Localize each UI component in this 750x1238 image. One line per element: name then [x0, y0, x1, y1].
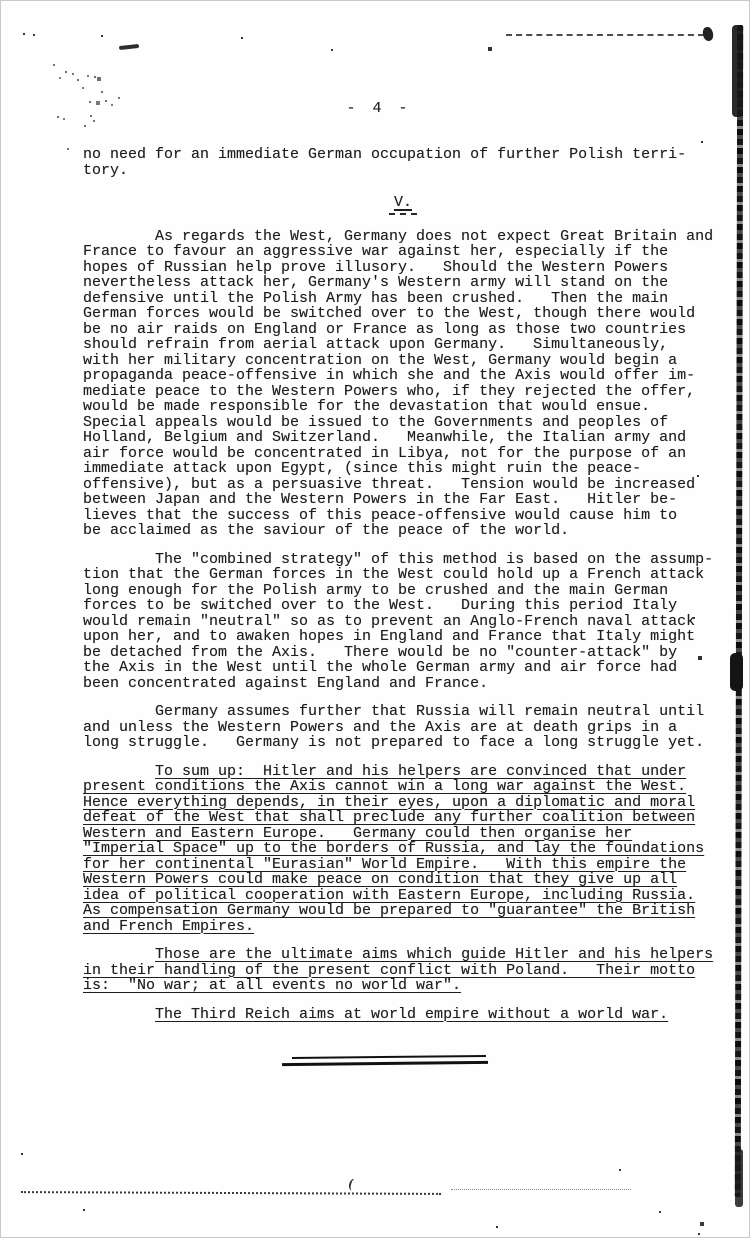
text-line: As compensation Germany would be prepare… — [83, 903, 723, 919]
bottom-pen-mark — [348, 1178, 361, 1192]
text-line: with her military concentration on the W… — [83, 353, 723, 369]
text-line: France to favour an aggressive war again… — [83, 244, 723, 260]
top-ink-smudge — [119, 44, 139, 50]
text-line: Western Powers could make peace on condi… — [83, 872, 723, 888]
text-line: be no air raids on England or France as … — [83, 322, 723, 338]
bottom-dotted-scan-line — [21, 1191, 441, 1195]
text-line: upon her, and to awaken hopes in England… — [83, 629, 723, 645]
stray-scan-specks — [1, 1, 3, 3]
text-line: German forces would be switched over to … — [83, 306, 723, 322]
text-line: defensive until the Polish Army has been… — [83, 291, 723, 307]
end-of-section-double-rule — [282, 1055, 488, 1066]
text-line: hopes of Russian help prove illusory. Sh… — [83, 260, 723, 276]
text-line: be acclaimed as the saviour of the peace… — [83, 523, 723, 539]
text-line: the Axis in the West until the whole Ger… — [83, 660, 723, 676]
text-line: present conditions the Axis cannot win a… — [83, 779, 723, 795]
text-line: offensive), but as a persuasive threat. … — [83, 477, 723, 493]
scan-edge-blob-bottom — [735, 1149, 743, 1207]
text-line: no need for an immediate German occupati… — [83, 147, 723, 163]
text-line: idea of political cooperation with Easte… — [83, 888, 723, 904]
paragraph-4: Germany assumes further that Russia will… — [83, 704, 723, 751]
text-line: be detached from the Axis. There would b… — [83, 645, 723, 661]
page-number: - 4 - — [71, 100, 687, 117]
scanned-document-page: - 4 - no need for an immediate German oc… — [0, 0, 750, 1238]
text-line: for her continental "Eurasian" World Emp… — [83, 857, 723, 873]
text-line: air force would be concentrated in Libya… — [83, 446, 723, 462]
text-line: Holland, Belgium and Switzerland. Meanwh… — [83, 430, 723, 446]
document-body: no need for an immediate German occupati… — [83, 147, 723, 1035]
text-line: To sum up: Hitler and his helpers are co… — [83, 764, 723, 780]
text-line: Germany assumes further that Russia will… — [83, 704, 723, 720]
text-line: immediate attack upon Egypt, (since this… — [83, 461, 723, 477]
text-line: would be made responsible for the devast… — [83, 399, 723, 415]
rule-line-top — [292, 1055, 486, 1059]
text-line: long struggle. Germany is not prepared t… — [83, 735, 723, 751]
bottom-dotted-scan-line-faint — [451, 1189, 631, 1190]
text-line: and unless the Western Powers and the Ax… — [83, 720, 723, 736]
text-line: "Imperial Space" up to the borders of Ru… — [83, 841, 723, 857]
section-heading-v: V. — [83, 195, 723, 215]
paragraph-2: As regards the West, Germany does not ex… — [83, 229, 723, 539]
paragraph-5-summary: To sum up: Hitler and his helpers are co… — [83, 764, 723, 935]
scan-edge-blob-middle — [730, 653, 743, 691]
scan-edge-ink-streak — [735, 25, 743, 1197]
paragraph-7-motto: The Third Reich aims at world empire wit… — [83, 1007, 723, 1023]
text-line: and French Empires. — [83, 919, 723, 935]
paragraph-6-conclusion: Those are the ultimate aims which guide … — [83, 947, 723, 994]
text-line: mediate peace to the Western Powers who,… — [83, 384, 723, 400]
text-line: The "combined strategy" of this method i… — [83, 552, 723, 568]
text-line: The Third Reich aims at world empire wit… — [83, 1007, 723, 1023]
text-line: lieves that the success of this peace-of… — [83, 508, 723, 524]
heading-underline-dash — [389, 213, 417, 215]
text-line: Those are the ultimate aims which guide … — [83, 947, 723, 963]
text-line: Hence everything depends, in their eyes,… — [83, 795, 723, 811]
text-line: defeat of the West that shall preclude a… — [83, 810, 723, 826]
text-line: tion that the German forces in the West … — [83, 567, 723, 583]
text-line: long enough for the Polish army to be cr… — [83, 583, 723, 599]
text-line: forces to be switched over to the West. … — [83, 598, 723, 614]
text-line: As regards the West, Germany does not ex… — [83, 229, 723, 245]
text-line: propaganda peace-offensive in which she … — [83, 368, 723, 384]
rule-line-bottom — [282, 1061, 488, 1066]
paragraph-3: The "combined strategy" of this method i… — [83, 552, 723, 692]
text-line: is: "No war; at all events no world war"… — [83, 978, 723, 994]
text-line: in their handling of the present conflic… — [83, 963, 723, 979]
top-ink-blob — [702, 26, 715, 42]
top-dashed-scan-line — [506, 34, 704, 36]
text-line: Western and Eastern Europe. Germany coul… — [83, 826, 723, 842]
text-line: been concentrated against England and Fr… — [83, 676, 723, 692]
text-line: nevertheless attack her, Germany's Weste… — [83, 275, 723, 291]
text-line: between Japan and the Western Powers in … — [83, 492, 723, 508]
text-line: Special appeals would be issued to the G… — [83, 415, 723, 431]
scan-edge-blob-top — [732, 25, 743, 117]
paragraph-1: no need for an immediate German occupati… — [83, 147, 723, 178]
text-line: would remain "neutral" so as to prevent … — [83, 614, 723, 630]
section-heading-text: V. — [394, 194, 412, 211]
text-line: should refrain from aerial attack upon G… — [83, 337, 723, 353]
text-line: tory. — [83, 163, 723, 179]
